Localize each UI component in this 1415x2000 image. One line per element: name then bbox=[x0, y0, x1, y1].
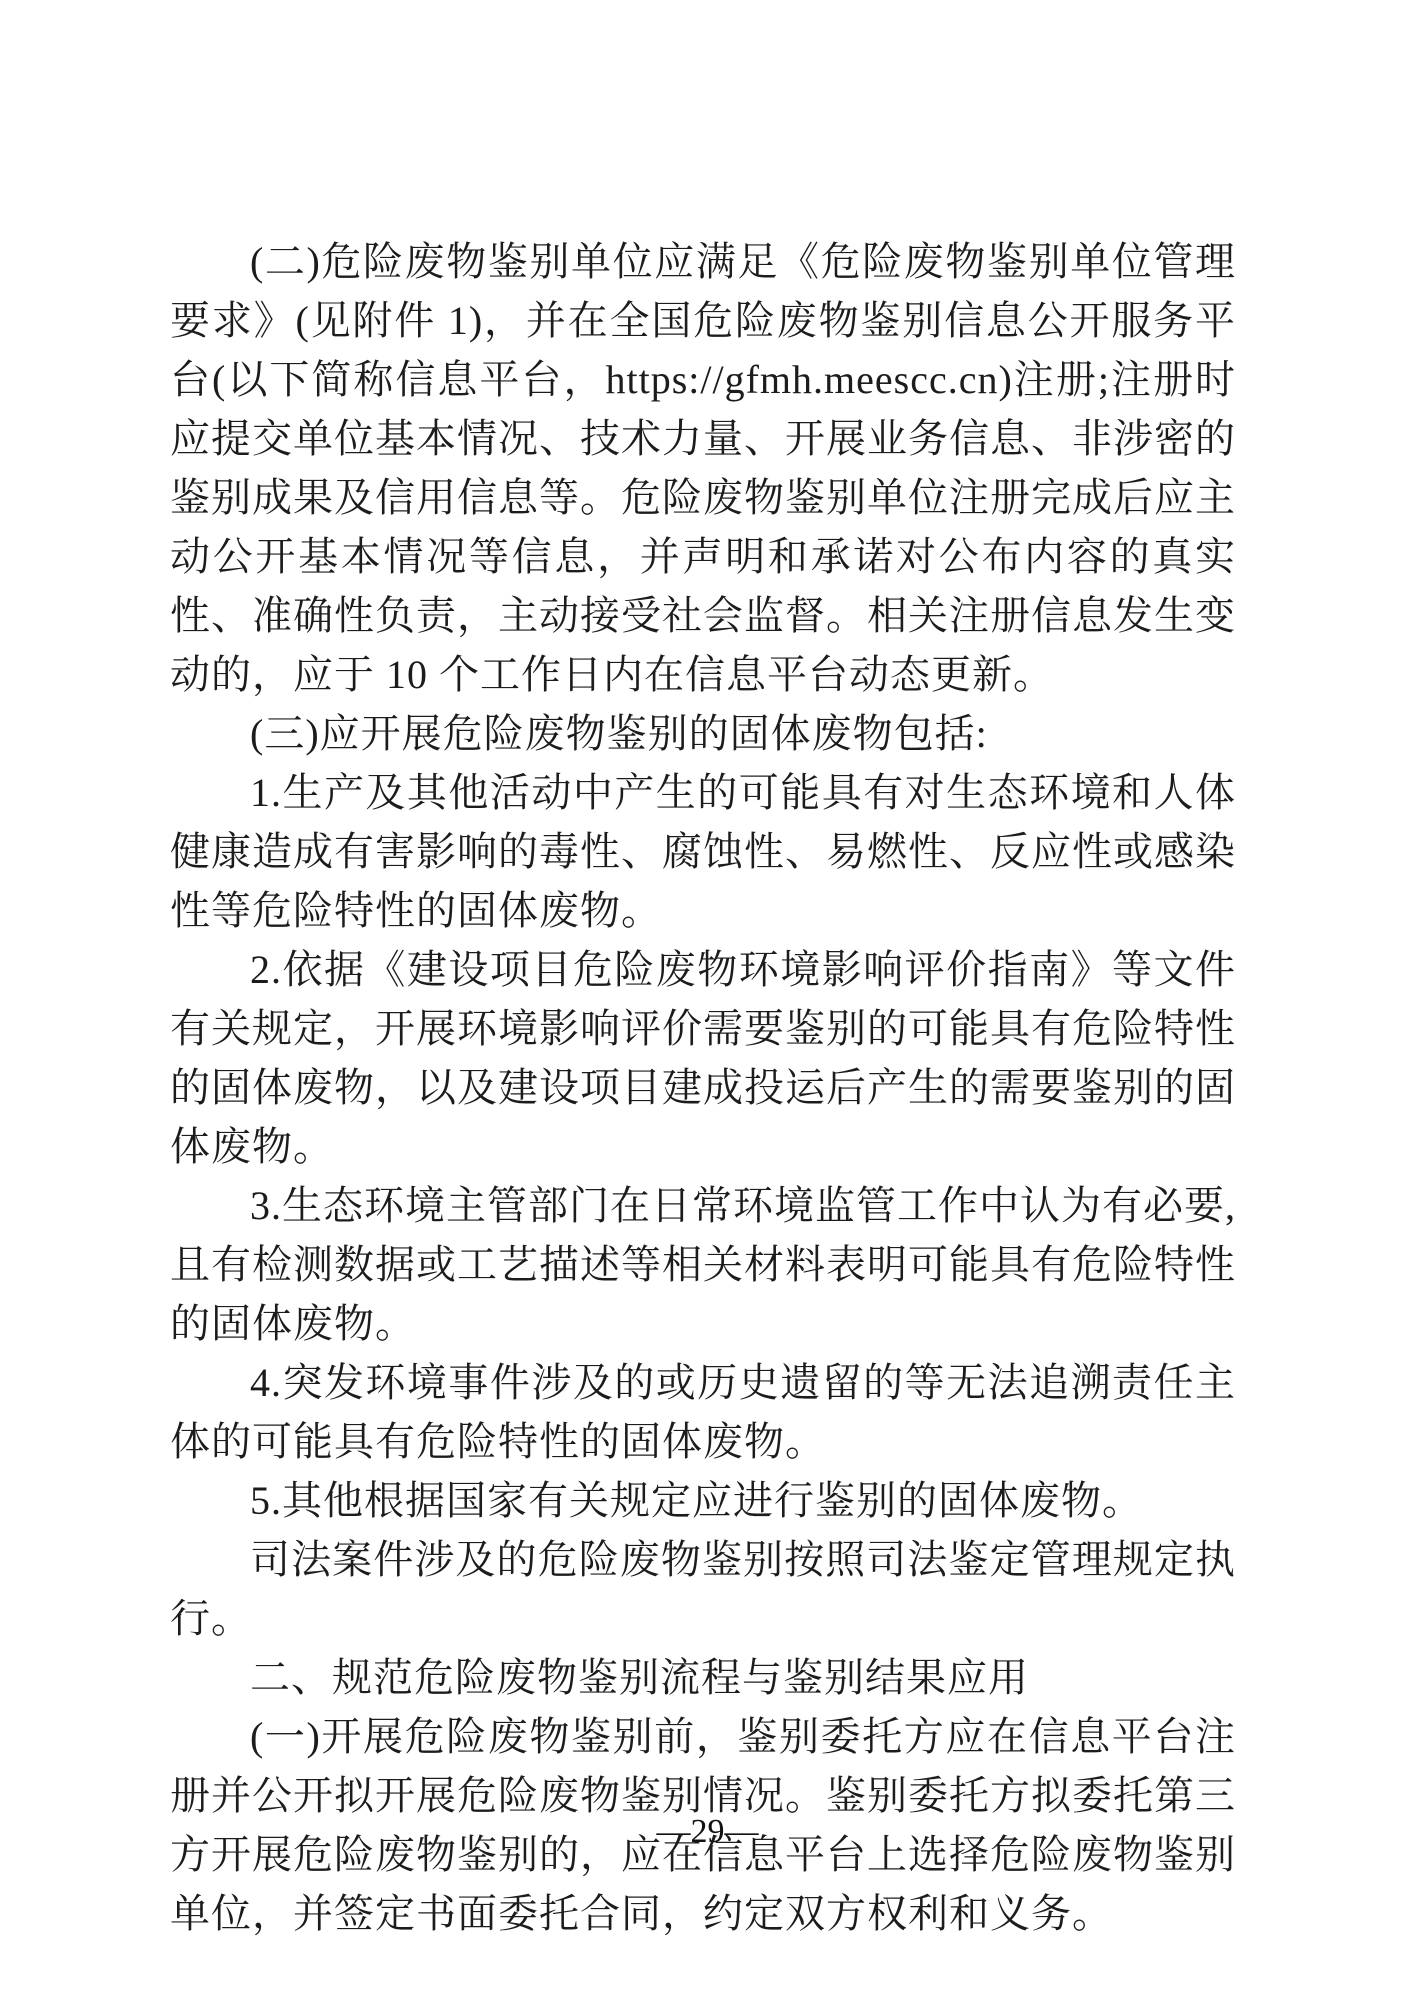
page-number: —29— bbox=[0, 1812, 1415, 1852]
section-heading-2: 二、规范危险废物鉴别流程与鉴别结果应用 bbox=[170, 1648, 1236, 1707]
paragraph-registration-requirements: (二)危险废物鉴别单位应满足《危险废物鉴别单位管理要求》(见附件 1)，并在全国… bbox=[170, 232, 1236, 704]
paragraph-item-4: 4.突发环境事件涉及的或历史遗留的等无法追溯责任主体的可能具有危险特性的固体废物… bbox=[170, 1353, 1236, 1471]
paragraph-item-5: 5.其他根据国家有关规定应进行鉴别的固体废物。 bbox=[170, 1471, 1236, 1530]
paragraph-identification-scope-heading: (三)应开展危险废物鉴别的固体废物包括: bbox=[170, 704, 1236, 763]
paragraph-item-2: 2.依据《建设项目危险废物环境影响评价指南》等文件有关规定，开展环境影响评价需要… bbox=[170, 940, 1236, 1176]
paragraph-item-1: 1.生产及其他活动中产生的可能具有对生态环境和人体健康造成有害影响的毒性、腐蚀性… bbox=[170, 763, 1236, 940]
document-page: (二)危险废物鉴别单位应满足《危险废物鉴别单位管理要求》(见附件 1)，并在全国… bbox=[0, 0, 1415, 2000]
document-body-text: (二)危险废物鉴别单位应满足《危险废物鉴别单位管理要求》(见附件 1)，并在全国… bbox=[170, 232, 1236, 1943]
paragraph-judicial-cases: 司法案件涉及的危险废物鉴别按照司法鉴定管理规定执行。 bbox=[170, 1530, 1236, 1648]
paragraph-item-3: 3.生态环境主管部门在日常环境监管工作中认为有必要,且有检测数据或工艺描述等相关… bbox=[170, 1176, 1236, 1353]
